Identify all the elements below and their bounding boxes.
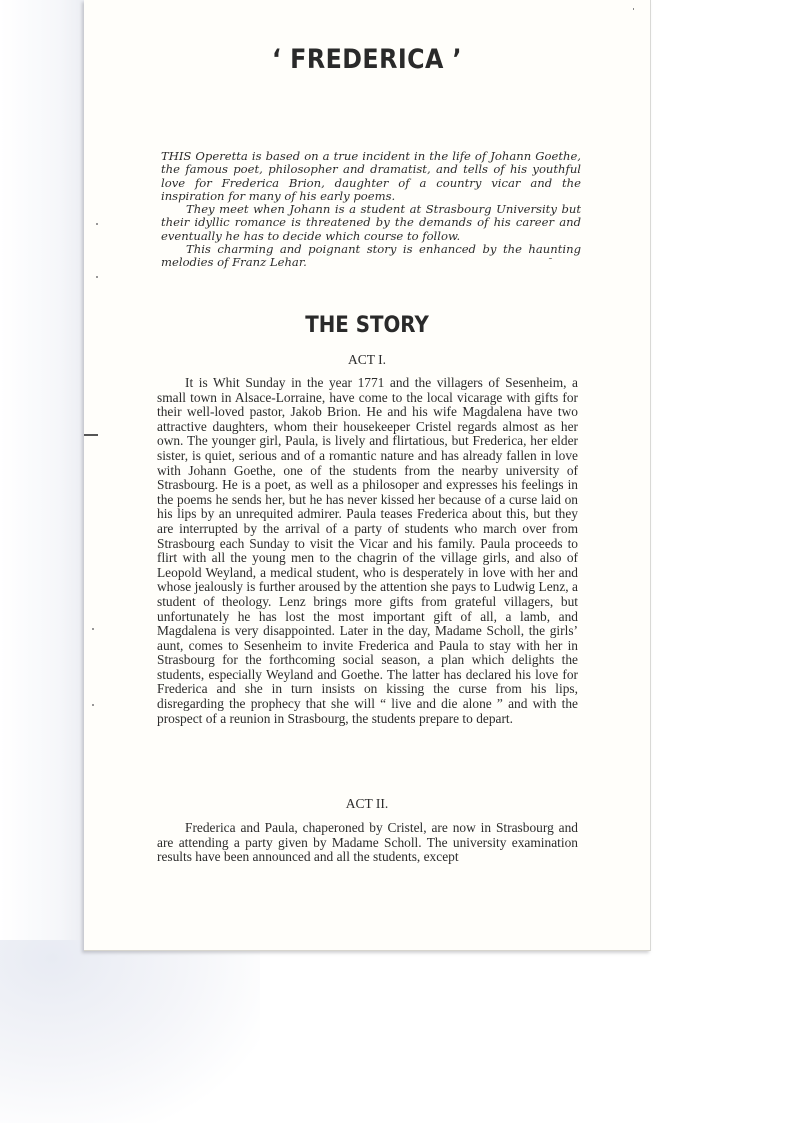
- act-1-text: It is Whit Sunday in the year 1771 and t…: [157, 376, 578, 726]
- act-2-text: Frederica and Paula, chaperoned by Crist…: [157, 821, 578, 865]
- scanner-shadow: [0, 940, 260, 1123]
- act-2-heading: ACT II.: [84, 796, 650, 812]
- scan-speck: [96, 223, 98, 225]
- scanner-background-left: [0, 0, 84, 955]
- binding-mark: [84, 434, 98, 436]
- page-title: ‘ FREDERICA ’: [118, 44, 616, 75]
- act-2-section: Frederica and Paula, chaperoned by Crist…: [157, 821, 578, 865]
- scan-speck: [633, 8, 634, 10]
- scan-speck: [92, 704, 94, 706]
- act-1-section: It is Whit Sunday in the year 1771 and t…: [157, 376, 578, 726]
- intro-paragraph-3: This charming and poignant story is enha…: [161, 243, 581, 270]
- scan-speck: [92, 628, 94, 630]
- intro-paragraph-2: They meet when Johann is a student at St…: [161, 203, 581, 243]
- intro-paragraph-1: THIS Operetta is based on a true inciden…: [161, 150, 581, 203]
- story-heading: THE STORY: [112, 313, 621, 338]
- scan-speck: [96, 276, 98, 278]
- act-1-heading: ACT I.: [84, 352, 650, 368]
- intro-section: THIS Operetta is based on a true inciden…: [161, 150, 581, 270]
